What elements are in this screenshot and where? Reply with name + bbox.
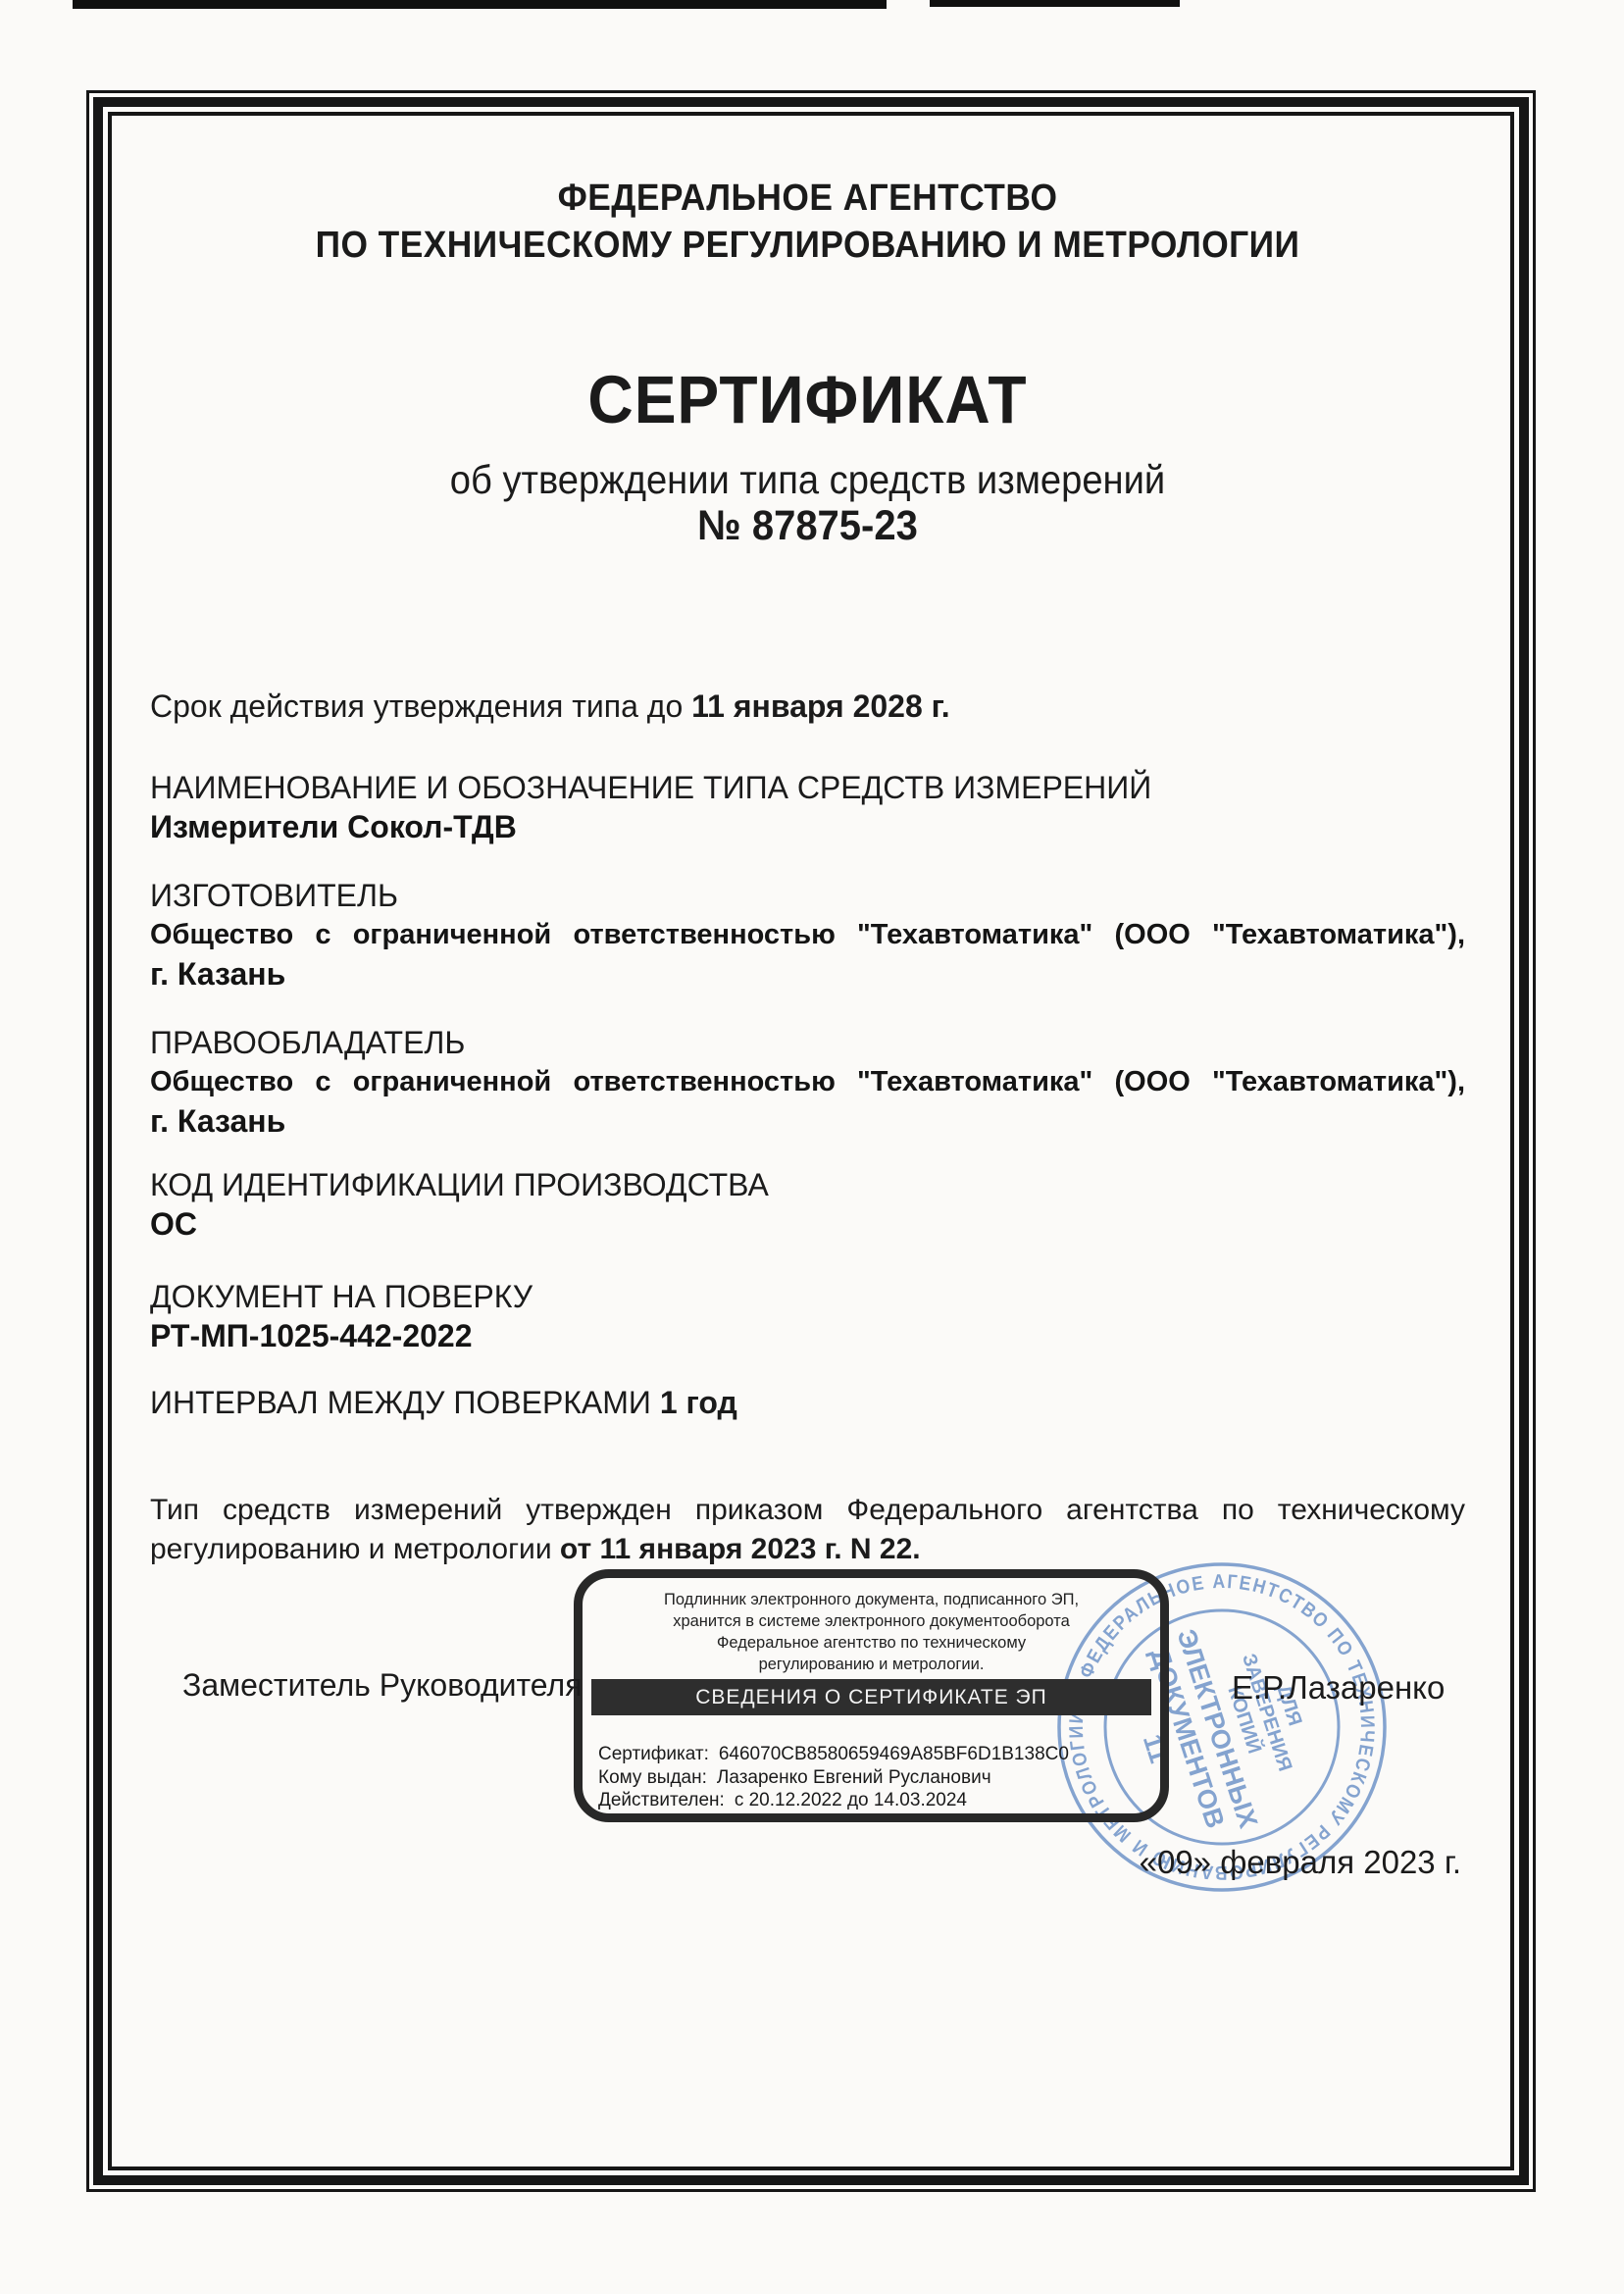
ep-row-valid: Действителен: с 20.12.2022 до 14.03.2024 <box>598 1789 1160 1812</box>
ep-signature-stamp: Подлинник электронного документа, подпис… <box>574 1569 1169 1822</box>
section-value-line2: г. Казань <box>150 1101 1465 1141</box>
ep-row-certificate: Сертификат: 646070CB8580659469A85BF6D1B1… <box>598 1743 1160 1766</box>
section-value: ОС <box>150 1204 1465 1244</box>
section-label: ИЗГОТОВИТЕЛЬ <box>150 876 1465 915</box>
ep-notice-text: Подлинник электронного документа, подпис… <box>660 1589 1084 1675</box>
agency-line1: ФЕДЕРАЛЬНОЕ АГЕНТСТВО <box>196 175 1419 222</box>
signature-date: «09» февраля 2023 г. <box>1140 1844 1461 1881</box>
ep-row-label: Действителен: <box>598 1789 725 1812</box>
ep-row-label: Сертификат: <box>598 1743 709 1766</box>
interval-prefix: ИНТЕРВАЛ МЕЖДУ ПОВЕРКАМИ <box>150 1385 660 1420</box>
section-value: РТ-МП-1025-442-2022 <box>150 1316 1465 1355</box>
section-value-line2: г. Казань <box>150 954 1465 994</box>
scan-artifact <box>930 0 1180 7</box>
section-value-line1: Общество с ограниченной ответственностью… <box>150 1062 1465 1101</box>
validity-line: Срок действия утверждения типа до 11 янв… <box>150 687 1465 726</box>
approval-line1: Тип средств измерений утвержден приказом… <box>150 1491 1465 1530</box>
ep-row-issued-to: Кому выдан: Лазаренко Евгений Русланович <box>598 1766 1160 1790</box>
verification-interval-line: ИНТЕРВАЛ МЕЖДУ ПОВЕРКАМИ 1 год <box>150 1383 1465 1422</box>
section-rightholder: ПРАВООБЛАДАТЕЛЬ Общество с ограниченной … <box>150 1023 1465 1141</box>
approval-order: от 11 января 2023 г. N 22. <box>560 1533 921 1565</box>
section-label: КОД ИДЕНТИФИКАЦИИ ПРОИЗВОДСТВА <box>150 1165 1465 1204</box>
ep-row-value: 646070CB8580659469A85BF6D1B138C0 <box>719 1743 1069 1766</box>
approval-line2-prefix: регулированию и метрологии <box>150 1533 560 1565</box>
agency-line2: ПО ТЕХНИЧЕСКОМУ РЕГУЛИРОВАНИЮ И МЕТРОЛОГ… <box>196 222 1419 269</box>
certificate-title: СЕРТИФИКАТ <box>196 361 1419 438</box>
certificate-page: ФЕДЕРАЛЬНОЕ АГЕНТСТВО ПО ТЕХНИЧЕСКОМУ РЕ… <box>0 0 1624 2294</box>
ep-row-value: Лазаренко Евгений Русланович <box>717 1766 991 1790</box>
certificate-body: Срок действия утверждения типа до 11 янв… <box>150 687 1465 1569</box>
ep-row-label: Кому выдан: <box>598 1766 707 1790</box>
validity-date: 11 января 2028 г. <box>691 688 950 724</box>
section-value-line1: Общество с ограниченной ответственностью… <box>150 915 1465 954</box>
section-production-code: КОД ИДЕНТИФИКАЦИИ ПРОИЗВОДСТВА ОС <box>150 1165 1465 1244</box>
signer-name: Е.Р.Лазаренко <box>1232 1669 1445 1707</box>
section-label: ДОКУМЕНТ НА ПОВЕРКУ <box>150 1277 1465 1316</box>
section-verification-document: ДОКУМЕНТ НА ПОВЕРКУ РТ-МП-1025-442-2022 <box>150 1277 1465 1355</box>
ep-bar-title: СВЕДЕНИЯ О СЕРТИФИКАТЕ ЭП <box>591 1679 1151 1715</box>
certificate-number: № 87875-23 <box>196 502 1419 550</box>
certificate-subtitle: об утверждении типа средств измерений <box>196 457 1419 503</box>
interval-value: 1 год <box>660 1385 737 1420</box>
validity-prefix: Срок действия утверждения типа до <box>150 688 691 724</box>
section-value: Измерители Сокол-ТДВ <box>150 807 1465 846</box>
scan-artifact <box>73 0 887 9</box>
section-label: ПРАВООБЛАДАТЕЛЬ <box>150 1023 1465 1062</box>
section-type-name: НАИМЕНОВАНИЕ И ОБОЗНАЧЕНИЕ ТИПА СРЕДСТВ … <box>150 768 1465 846</box>
ep-row-value: с 20.12.2022 до 14.03.2024 <box>735 1789 967 1812</box>
section-label: НАИМЕНОВАНИЕ И ОБОЗНАЧЕНИЕ ТИПА СРЕДСТВ … <box>150 768 1465 807</box>
ep-certificate-details: Сертификат: 646070CB8580659469A85BF6D1B1… <box>598 1743 1160 1812</box>
signer-position: Заместитель Руководителя <box>182 1667 583 1704</box>
agency-header: ФЕДЕРАЛЬНОЕ АГЕНТСТВО ПО ТЕХНИЧЕСКОМУ РЕ… <box>196 175 1419 269</box>
section-manufacturer: ИЗГОТОВИТЕЛЬ Общество с ограниченной отв… <box>150 876 1465 994</box>
